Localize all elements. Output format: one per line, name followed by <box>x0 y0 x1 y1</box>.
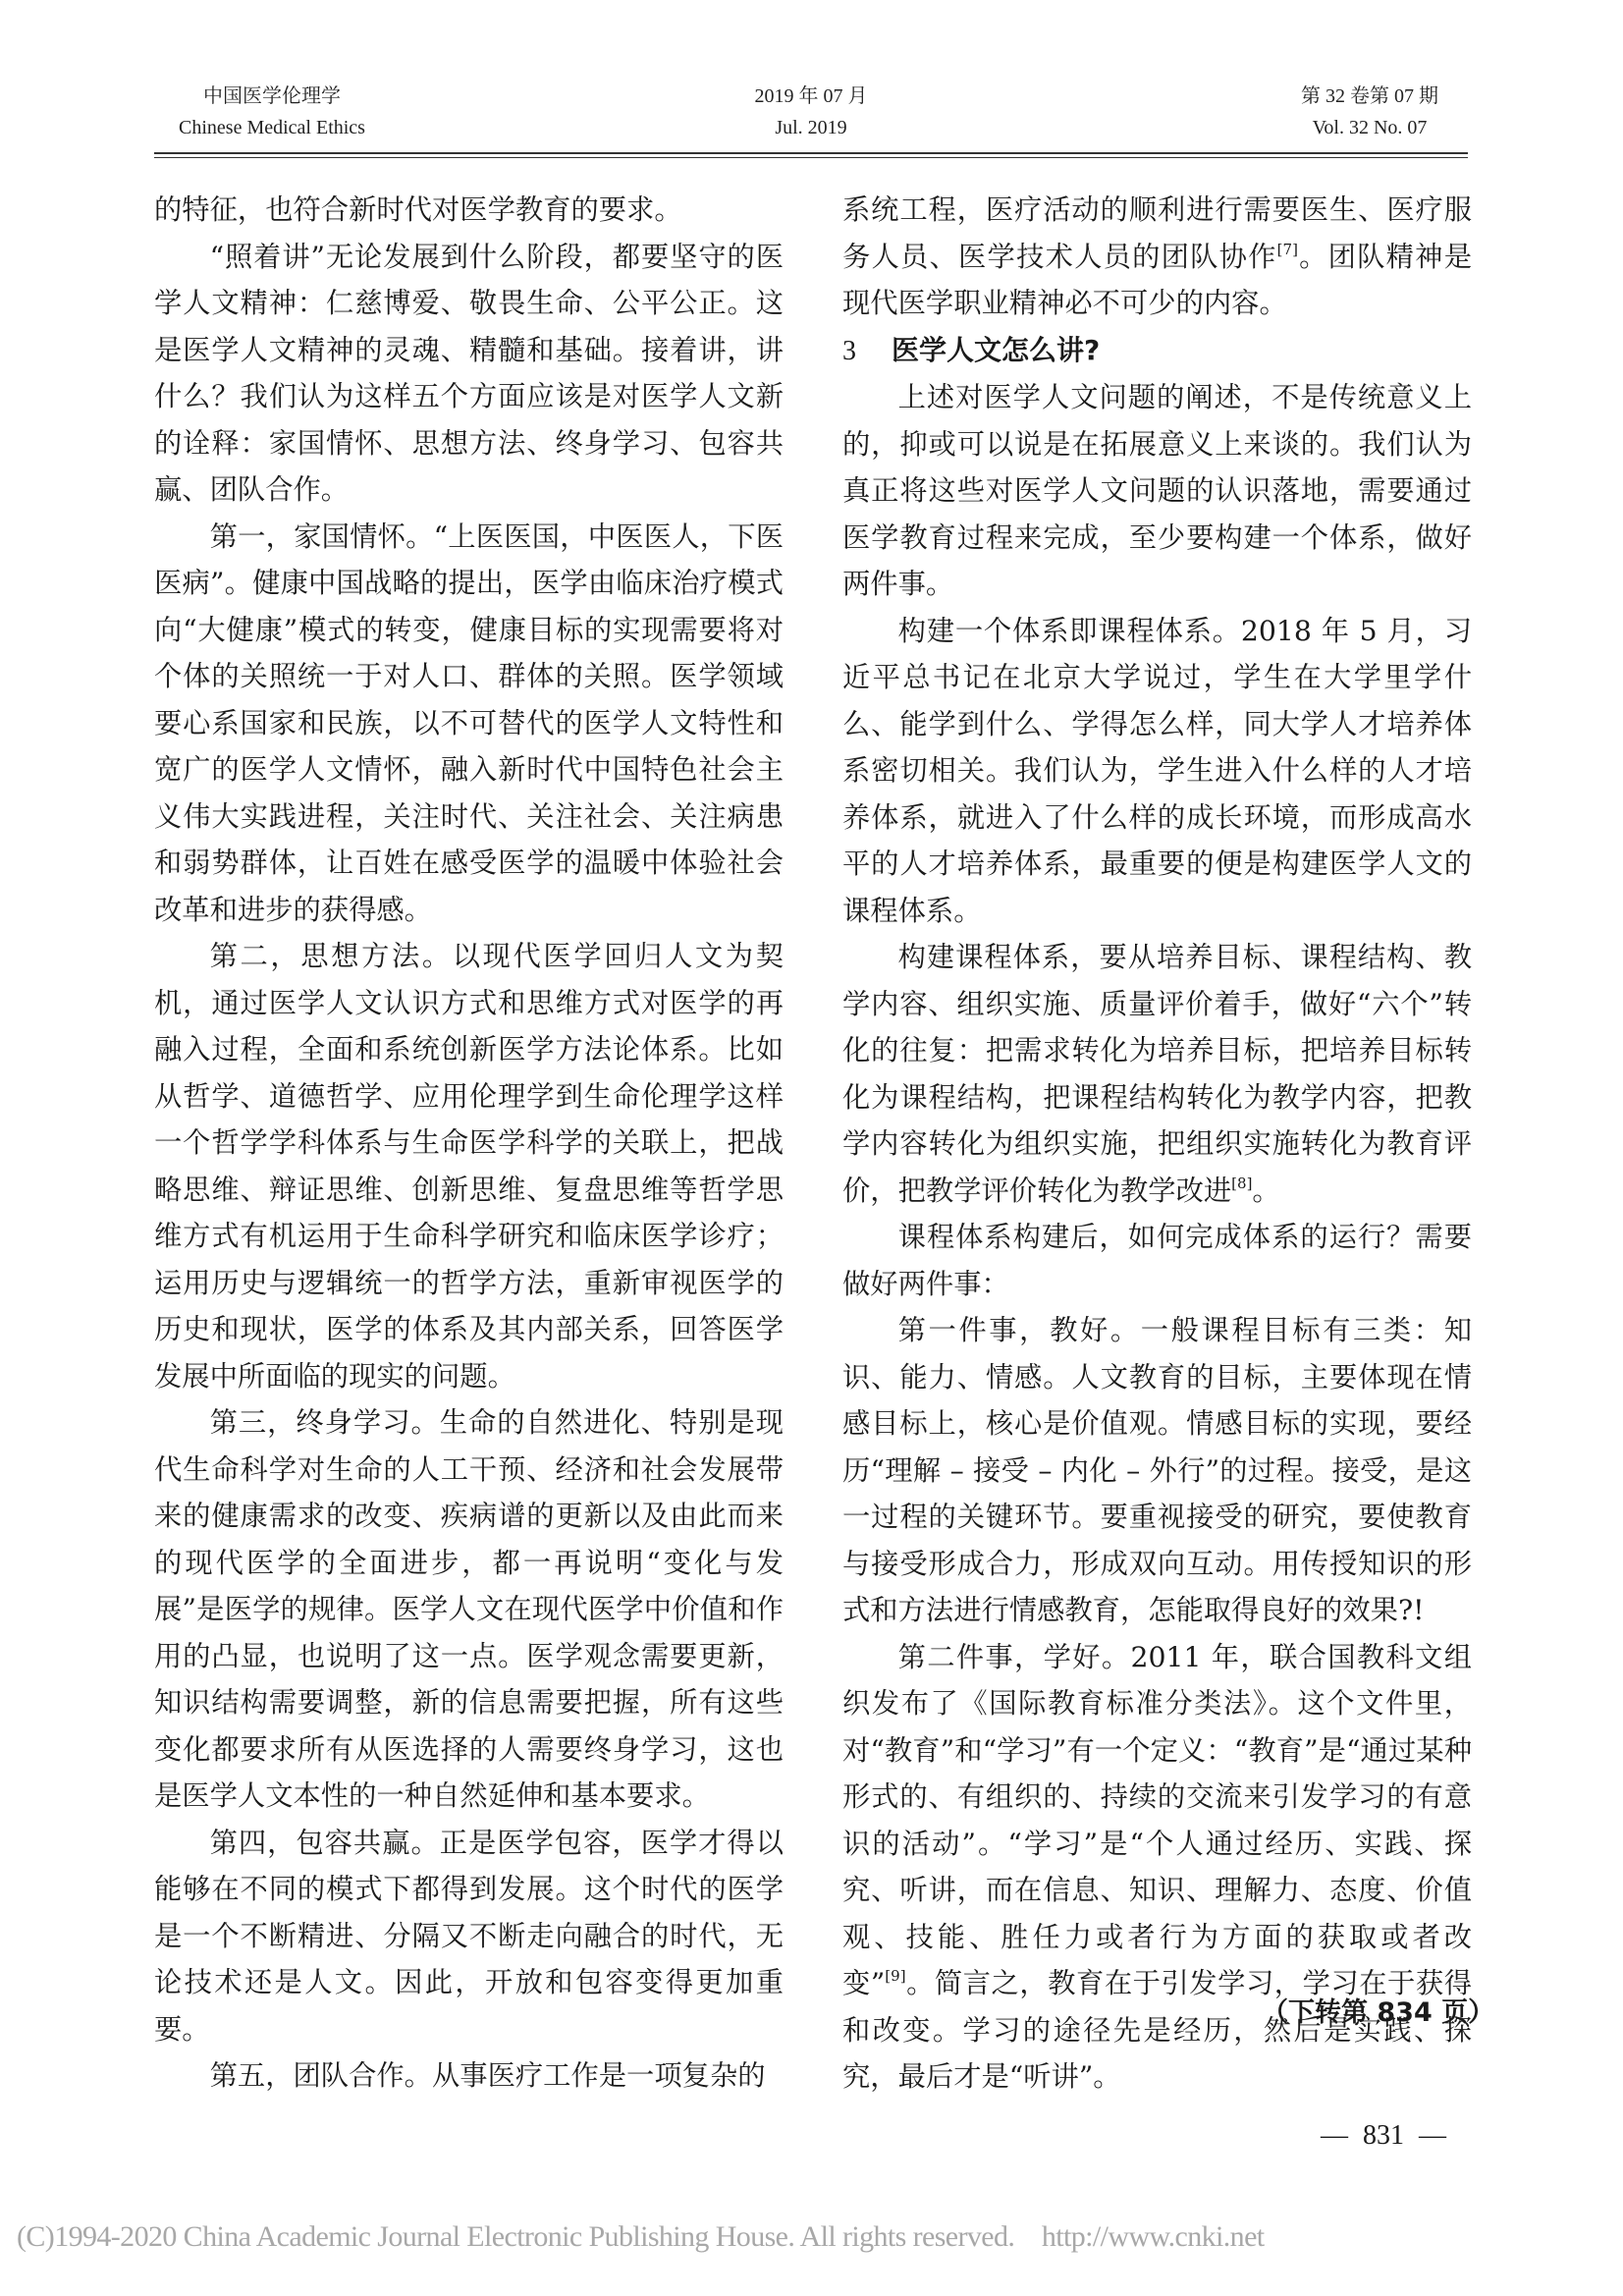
right-column: 系统工程，医疗活动的顺利进行需要医生、医疗服务人员、医学技术人员的团队协作[7]… <box>842 187 1472 2101</box>
paragraph-curriculum-system: 构建一个体系即课程体系。2018 年 5 月，习近平总书记在北京大学说过，学生在… <box>842 608 1472 935</box>
paragraph-six-transformations: 构建课程体系，要从培养目标、课程结构、教学内容、组织实施、质量评价着手，做好“六… <box>842 934 1472 1214</box>
issue-date-cn: 2019 年 07 月 <box>693 81 929 112</box>
paragraph-teamwork-cont: 系统工程，医疗活动的顺利进行需要医生、医疗服务人员、医学技术人员的团队协作[7]… <box>842 187 1472 327</box>
paragraph: 上述对医学人文问题的阐述，不是传统意义上的，抑或可以说是在拓展意义上来谈的。我们… <box>842 374 1472 608</box>
volume-cn: 第 32 卷第 07 期 <box>1271 81 1468 112</box>
citation-8[interactable]: [8] <box>1231 1175 1252 1192</box>
paragraph-lifelong-learning: 第三，终身学习。生命的自然进化、特别是现代生命科学对生命的人工干预、经济和社会发… <box>154 1399 784 1820</box>
paragraph-teamwork: 第五，团队合作。从事医疗工作是一项复杂的 <box>154 2052 784 2100</box>
issue-date: 2019 年 07 月 Jul. 2019 <box>693 81 929 143</box>
paragraph-patriotism: 第一，家国情怀。“上医医国，中医医人，下医医病”。健康中国战略的提出，医学由临床… <box>154 514 784 934</box>
section-title: 医学人文怎么讲? <box>892 334 1100 366</box>
paragraph: “照着讲”无论发展到什么阶段，都要坚守的医学人文精神：仁慈博爱、敬畏生命、公平公… <box>154 234 784 514</box>
section-number: 3 <box>842 328 892 375</box>
volume-en: Vol. 32 No. 07 <box>1271 112 1468 143</box>
journal-name-en: Chinese Medical Ethics <box>154 112 390 143</box>
header-double-rule <box>154 152 1468 158</box>
citation-9[interactable]: [9] <box>885 1967 905 1985</box>
section-heading: 3医学人文怎么讲? <box>842 327 1472 375</box>
journal-name-cn: 中国医学伦理学 <box>154 81 390 112</box>
running-header: 中国医学伦理学 Chinese Medical Ethics 2019 年 07… <box>154 81 1468 159</box>
citation-7[interactable]: [7] <box>1277 241 1298 258</box>
paragraph-inclusiveness: 第四，包容共赢。正是医学包容，医学才得以能够在不同的模式下都得到发展。这个时代的… <box>154 1820 784 2053</box>
paragraph: 的特征，也符合新时代对医学教育的要求。 <box>154 187 784 234</box>
continued-on-page-note: （下转第 834 页） <box>1262 1994 1494 2033</box>
paragraph-teach-well: 第一件事，教好。一般课程目标有三类：知识、能力、情感。人文教育的目标，主要体现在… <box>842 1307 1472 1634</box>
copyright-footer: (C)1994-2020 China Academic Journal Elec… <box>17 2217 1265 2257</box>
volume-info: 第 32 卷第 07 期 Vol. 32 No. 07 <box>1271 81 1468 143</box>
page-number: — 831 — <box>1321 2116 1446 2156</box>
journal-name: 中国医学伦理学 Chinese Medical Ethics <box>154 81 390 143</box>
paragraph: 课程体系构建后，如何完成体系的运行？需要做好两件事： <box>842 1214 1472 1307</box>
paragraph-thinking-methods: 第二，思想方法。以现代医学回归人文为契机，通过医学人文认识方式和思维方式对医学的… <box>154 933 784 1399</box>
left-column: 的特征，也符合新时代对医学教育的要求。 “照着讲”无论发展到什么阶段，都要坚守的… <box>154 187 784 2100</box>
issue-date-en: Jul. 2019 <box>693 112 929 143</box>
